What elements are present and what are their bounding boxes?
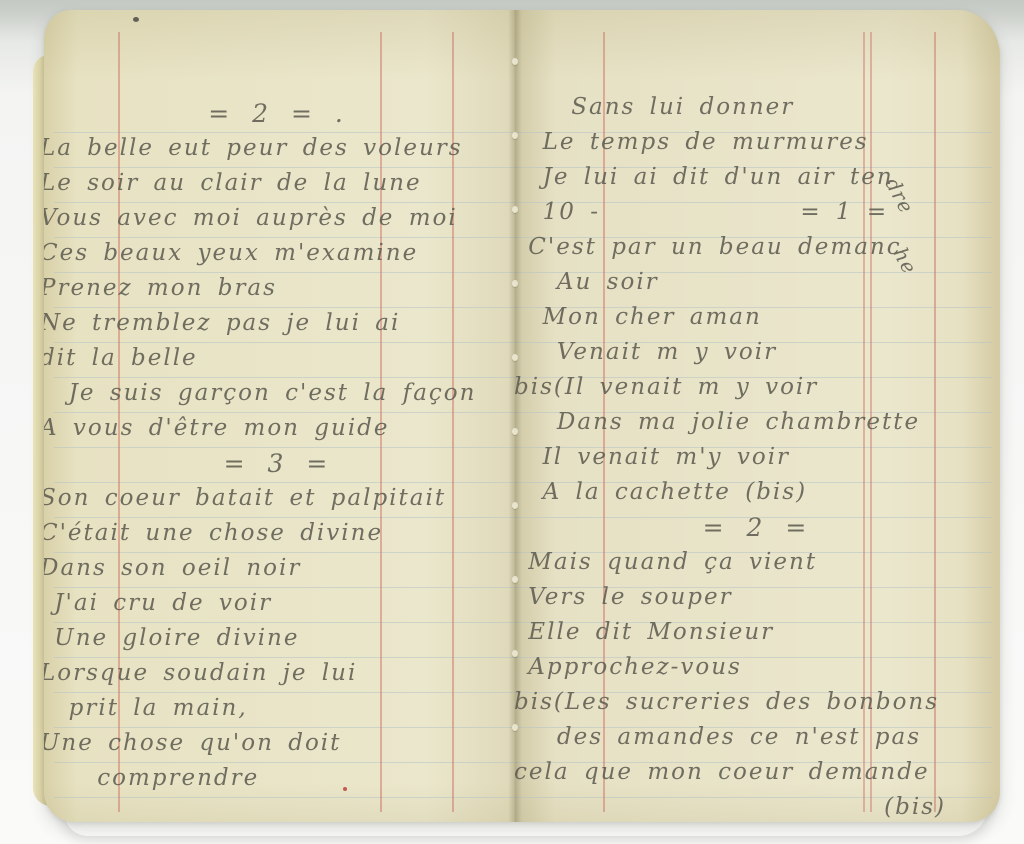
handwriting-line: A vous d'être mon guide xyxy=(44,411,516,446)
handwriting-line: 10 - = 1 = xyxy=(514,195,1000,230)
handwriting-text: A vous d'être mon guide xyxy=(44,415,390,441)
handwriting-text: Le soir au clair de la lune xyxy=(44,170,422,196)
handwriting-text: Le temps de murmures xyxy=(514,129,869,155)
notebook-spread: = 2 = .La belle eut peur des voleursLe s… xyxy=(44,10,1000,822)
handwriting-text: Vers le souper xyxy=(514,584,733,610)
handwriting-text: = 2 = xyxy=(703,513,812,542)
handwriting-text: Je suis garçon c'est la façon xyxy=(44,380,476,406)
handwriting-text: Sans lui donner xyxy=(514,94,794,120)
handwriting-text: Son coeur batait et palpitait xyxy=(44,485,446,511)
handwriting-text: Dans ma jolie chambrette xyxy=(514,409,920,435)
handwriting-text: C'était une chose divine xyxy=(44,520,383,546)
handwriting-text: A la cachette (bis) xyxy=(514,479,807,505)
handwriting-line: Le soir au clair de la lune xyxy=(44,166,516,201)
handwriting-text: = 3 = xyxy=(224,449,333,478)
handwriting-text: Vous avec moi auprès de moi xyxy=(44,205,458,231)
handwriting-line: Dans ma jolie chambrette xyxy=(514,405,1000,440)
right-page-text: Sans lui donner Le temps de murmures Je … xyxy=(514,90,1000,822)
handwriting-line: (bis) xyxy=(514,790,1000,822)
handwriting-line: bis(Les sucreries des bonbons xyxy=(514,685,1000,720)
handwriting-text: cela que mon coeur demande xyxy=(514,759,930,785)
handwriting-text: C'est par un beau demanc xyxy=(514,234,902,260)
handwriting-line: des amandes ce n'est pas xyxy=(514,720,1000,755)
handwriting-line: Au soir xyxy=(514,265,1000,300)
handwriting-text: Elle dit Monsieur xyxy=(514,619,774,645)
handwriting-text: des amandes ce n'est pas xyxy=(514,724,921,750)
handwriting-line: Sans lui donner xyxy=(514,90,1000,125)
handwriting-text: = 2 = . xyxy=(208,99,348,128)
handwriting-line: Approchez-vous xyxy=(514,650,1000,685)
handwriting-text: Lorsque soudain je lui xyxy=(44,660,357,686)
handwriting-line: Ces beaux yeux m'examine xyxy=(44,236,516,271)
handwriting-text: (bis) xyxy=(884,794,946,820)
handwriting-text: La belle eut peur des voleurs xyxy=(44,135,463,161)
handwriting-text: Une chose qu'on doit xyxy=(44,730,341,756)
handwriting-line: Une gloire divine xyxy=(44,621,516,656)
handwriting-text: Ne tremblez pas je lui ai xyxy=(44,310,400,336)
handwriting-line: Mais quand ça vient xyxy=(514,545,1000,580)
handwriting-line: = 2 = xyxy=(514,510,1000,545)
handwriting-line: Ne tremblez pas je lui ai xyxy=(44,306,516,341)
handwriting-text: Venait m y voir xyxy=(514,339,777,365)
handwriting-line: Mon cher aman xyxy=(514,300,1000,335)
handwriting-text: prit la main, xyxy=(44,695,248,721)
handwriting-line: cela que mon coeur demande xyxy=(514,755,1000,790)
handwriting-line: Elle dit Monsieur xyxy=(514,615,1000,650)
left-page-text: = 2 = .La belle eut peur des voleursLe s… xyxy=(44,96,516,796)
handwriting-line: Vers le souper xyxy=(514,580,1000,615)
handwriting-text: Mais quand ça vient xyxy=(514,549,817,575)
handwriting-line: Vous avec moi auprès de moi xyxy=(44,201,516,236)
handwriting-line: Je lui ai dit d'un air tendre xyxy=(514,160,1000,195)
handwriting-text: dit la belle xyxy=(44,345,198,371)
handwriting-line: La belle eut peur des voleurs xyxy=(44,131,516,166)
handwriting-text: Il venait m'y voir xyxy=(514,444,790,470)
handwriting-text: Une gloire divine xyxy=(44,625,299,651)
handwriting-text: comprendre xyxy=(44,765,259,791)
handwriting-line: Venait m y voir xyxy=(514,335,1000,370)
handwriting-line: A la cachette (bis) xyxy=(514,475,1000,510)
handwriting-line: = 2 = . xyxy=(44,96,516,131)
handwriting-text: Dans son oeil noir xyxy=(44,555,301,581)
handwriting-text: J'ai cru de voir xyxy=(44,590,272,616)
handwriting-line: C'était une chose divine xyxy=(44,516,516,551)
handwriting-line: bis(Il venait m y voir xyxy=(514,370,1000,405)
scan-background: = 2 = .La belle eut peur des voleursLe s… xyxy=(0,0,1024,844)
handwriting-text: Ces beaux yeux m'examine xyxy=(44,240,418,266)
handwriting-text: bis(Il venait m y voir xyxy=(514,374,818,400)
handwriting-line: dit la belle xyxy=(44,341,516,376)
handwriting-text: Je lui ai dit d'un air ten xyxy=(514,164,894,190)
handwriting-line: prit la main, xyxy=(44,691,516,726)
handwriting-text: 10 - = 1 = xyxy=(514,199,888,225)
handwriting-line: J'ai cru de voir xyxy=(44,586,516,621)
handwriting-line: Il venait m'y voir xyxy=(514,440,1000,475)
handwriting-line: Le temps de murmures xyxy=(514,125,1000,160)
stitch-mark xyxy=(512,58,518,65)
handwriting-line: Dans son oeil noir xyxy=(44,551,516,586)
handwriting-line: Prenez mon bras xyxy=(44,271,516,306)
handwriting-line: Son coeur batait et palpitait xyxy=(44,481,516,516)
handwriting-text: bis(Les sucreries des bonbons xyxy=(514,689,939,715)
handwriting-line: C'est par un beau demanche xyxy=(514,230,1000,265)
ink-dot xyxy=(133,17,139,22)
handwriting-text: Prenez mon bras xyxy=(44,275,277,301)
handwriting-line: = 3 = xyxy=(44,446,516,481)
handwriting-text: Au soir xyxy=(514,269,659,295)
handwriting-line: Lorsque soudain je lui xyxy=(44,656,516,691)
handwriting-line: Une chose qu'on doit xyxy=(44,726,516,761)
handwriting-line: Je suis garçon c'est la façon xyxy=(44,376,516,411)
handwriting-text: Mon cher aman xyxy=(514,304,762,330)
handwriting-text: Approchez-vous xyxy=(514,654,742,680)
handwriting-line: comprendre xyxy=(44,761,516,796)
